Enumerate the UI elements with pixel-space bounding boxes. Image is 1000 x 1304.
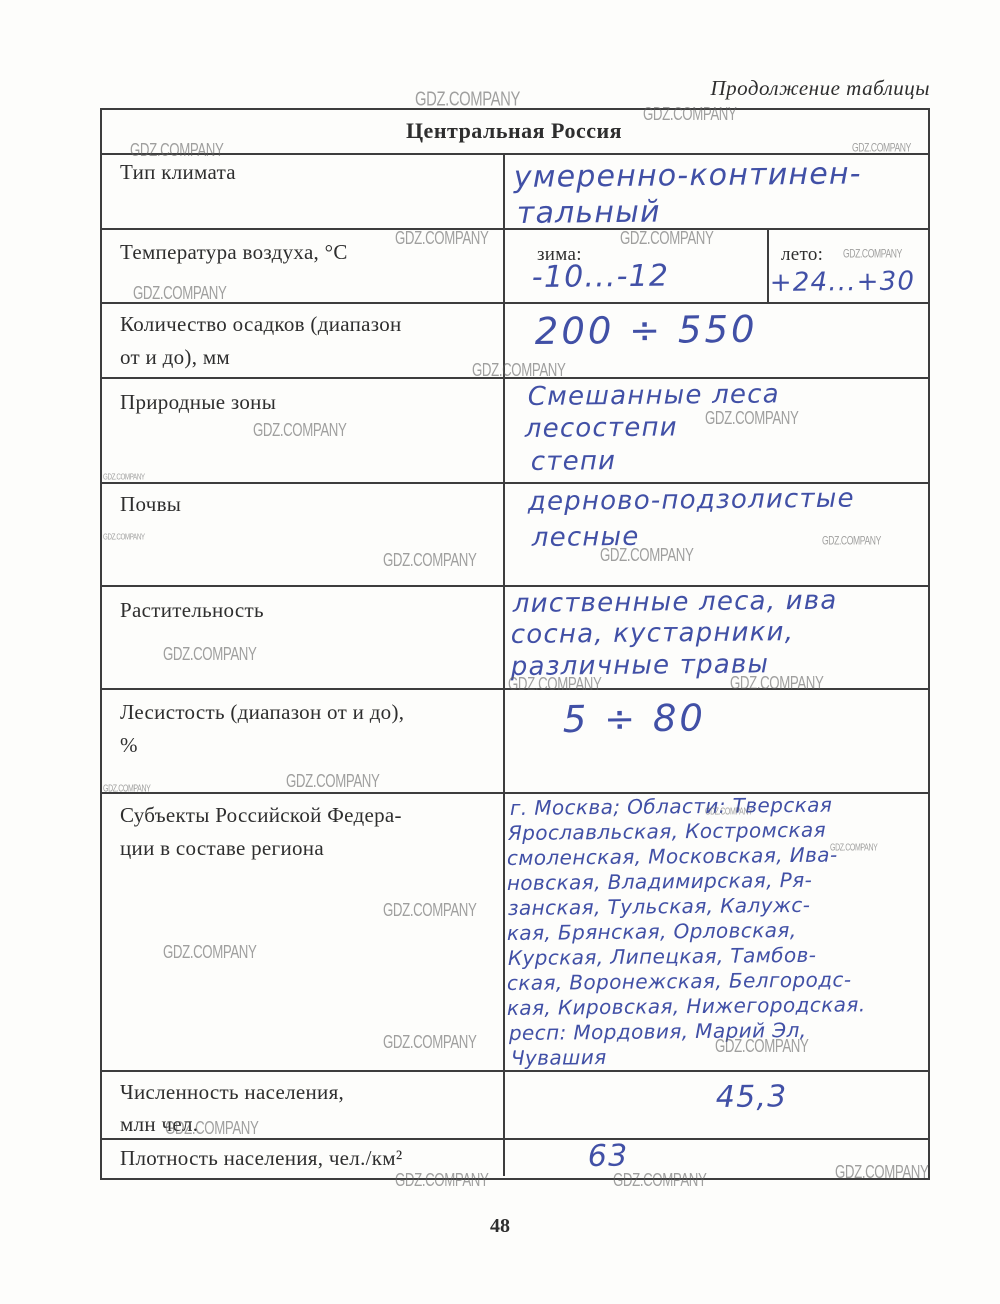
watermark: GDZ.COMPANY [730,673,823,695]
summer-label: лето: [781,244,823,266]
handwritten-subjects-line6: кая, Брянская, Орловская, [507,918,797,945]
watermark: GDZ.COMPANY [600,545,693,567]
watermark: GDZ.COMPANY [103,472,145,482]
handwritten-zones-line2: лесостепи [525,412,678,444]
watermark: GDZ.COMPANY [415,88,520,112]
watermark: GDZ.COMPANY [705,408,798,430]
handwritten-summer-temp: +24...+30 [770,266,916,298]
handwritten-subjects-line9: кая, Кировская, Нижегородская. [507,992,866,1020]
handwritten-subjects-line11: Чувашия [511,1045,607,1070]
row-label-subjects-line1: Субъекты Российской Федера- [120,803,402,828]
row-label-soils: Почвы [120,492,181,517]
watermark: GDZ.COMPANY [163,942,256,964]
watermark: GDZ.COMPANY [253,420,346,442]
handwritten-climate-line2: тальный [517,194,661,231]
winter-summer-divider [767,228,769,304]
row-label-population-line1: Численность населения, [120,1080,344,1105]
watermark: GDZ.COMPANY [103,783,150,794]
watermark: GDZ.COMPANY [286,771,379,793]
handwritten-vegetation-line1: лиственные леса, ива [513,586,838,619]
handwritten-winter-temp: -10...-12 [532,259,670,295]
watermark: GDZ.COMPANY [472,360,565,382]
handwritten-zones-line3: степи [531,446,617,477]
row-label-temperature: Температура воздуха, °С [120,240,348,265]
handwritten-subjects-line3: смоленская, Московская, Ива- [507,843,838,870]
row-label-climate-type: Тип климата [120,160,236,185]
handwritten-subjects-line4: новская, Владимирская, Ря- [507,868,813,895]
page-number: 48 [0,1215,1000,1238]
table-column-divider [503,153,505,1176]
scanned-workbook-page: Продолжение таблицы Центральная Россия Т… [0,0,1000,1304]
table-rule [100,1070,928,1072]
watermark: GDZ.COMPANY [620,228,713,250]
handwritten-subjects-line7: Курская, Липецкая, Тамбов- [508,943,817,970]
watermark: GDZ.COMPANY [165,1118,258,1140]
watermark: GDZ.COMPANY [613,1170,706,1192]
row-label-subjects-line2: ции в составе региона [120,836,324,861]
watermark: GDZ.COMPANY [395,228,488,250]
watermark: GDZ.COMPANY [508,674,601,696]
handwritten-forest-cover: 5 ÷ 80 [563,697,707,741]
watermark: GDZ.COMPANY [383,900,476,922]
watermark: GDZ.COMPANY [852,142,911,155]
watermark: GDZ.COMPANY [715,1036,808,1058]
handwritten-climate-line1: умеренно-континен- [514,156,862,195]
watermark: GDZ.COMPANY [103,532,145,542]
row-label-forest-cover-line2: % [120,733,138,758]
watermark: GDZ.COMPANY [383,550,476,572]
watermark: GDZ.COMPANY [843,248,902,261]
watermark: GDZ.COMPANY [705,806,752,817]
watermark: GDZ.COMPANY [163,644,256,666]
row-label-precipitation-line2: от и до), мм [120,345,230,370]
watermark: GDZ.COMPANY [383,1032,476,1054]
handwritten-density: 63 [588,1139,629,1174]
watermark: GDZ.COMPANY [822,535,881,548]
handwritten-soils-line1: дерново-подзолистые [528,484,855,517]
row-label-natural-zones: Природные зоны [120,390,276,415]
handwritten-vegetation-line2: сосна, кустарники, [511,617,795,650]
watermark: GDZ.COMPANY [835,1162,928,1184]
row-label-precipitation-line1: Количество осадков (диапазон [120,312,402,337]
row-label-vegetation: Растительность [120,598,264,623]
watermark: GDZ.COMPANY [643,104,736,126]
watermark: GDZ.COMPANY [133,283,226,305]
handwritten-population: 45,3 [716,1079,788,1115]
row-label-density: Плотность населения, чел./км² [120,1146,402,1171]
handwritten-subjects-line5: занская, Тульская, Калужс- [508,893,811,920]
handwritten-subjects-line2: Ярославльская, Костромская [508,818,826,845]
table-title: Центральная Россия [100,118,928,144]
table-rule [100,153,928,155]
handwritten-precipitation: 200 ÷ 550 [535,308,758,353]
table-rule [100,228,928,230]
handwritten-subjects-line1: г. Москва; Области: Тверская [510,793,833,820]
handwritten-subjects-line8: ская, Воронежская, Белгородс- [507,967,852,995]
watermark: GDZ.COMPANY [830,842,877,853]
watermark: GDZ.COMPANY [130,140,223,162]
watermark: GDZ.COMPANY [395,1170,488,1192]
row-label-forest-cover-line1: Лесистость (диапазон от и до), [120,700,404,725]
